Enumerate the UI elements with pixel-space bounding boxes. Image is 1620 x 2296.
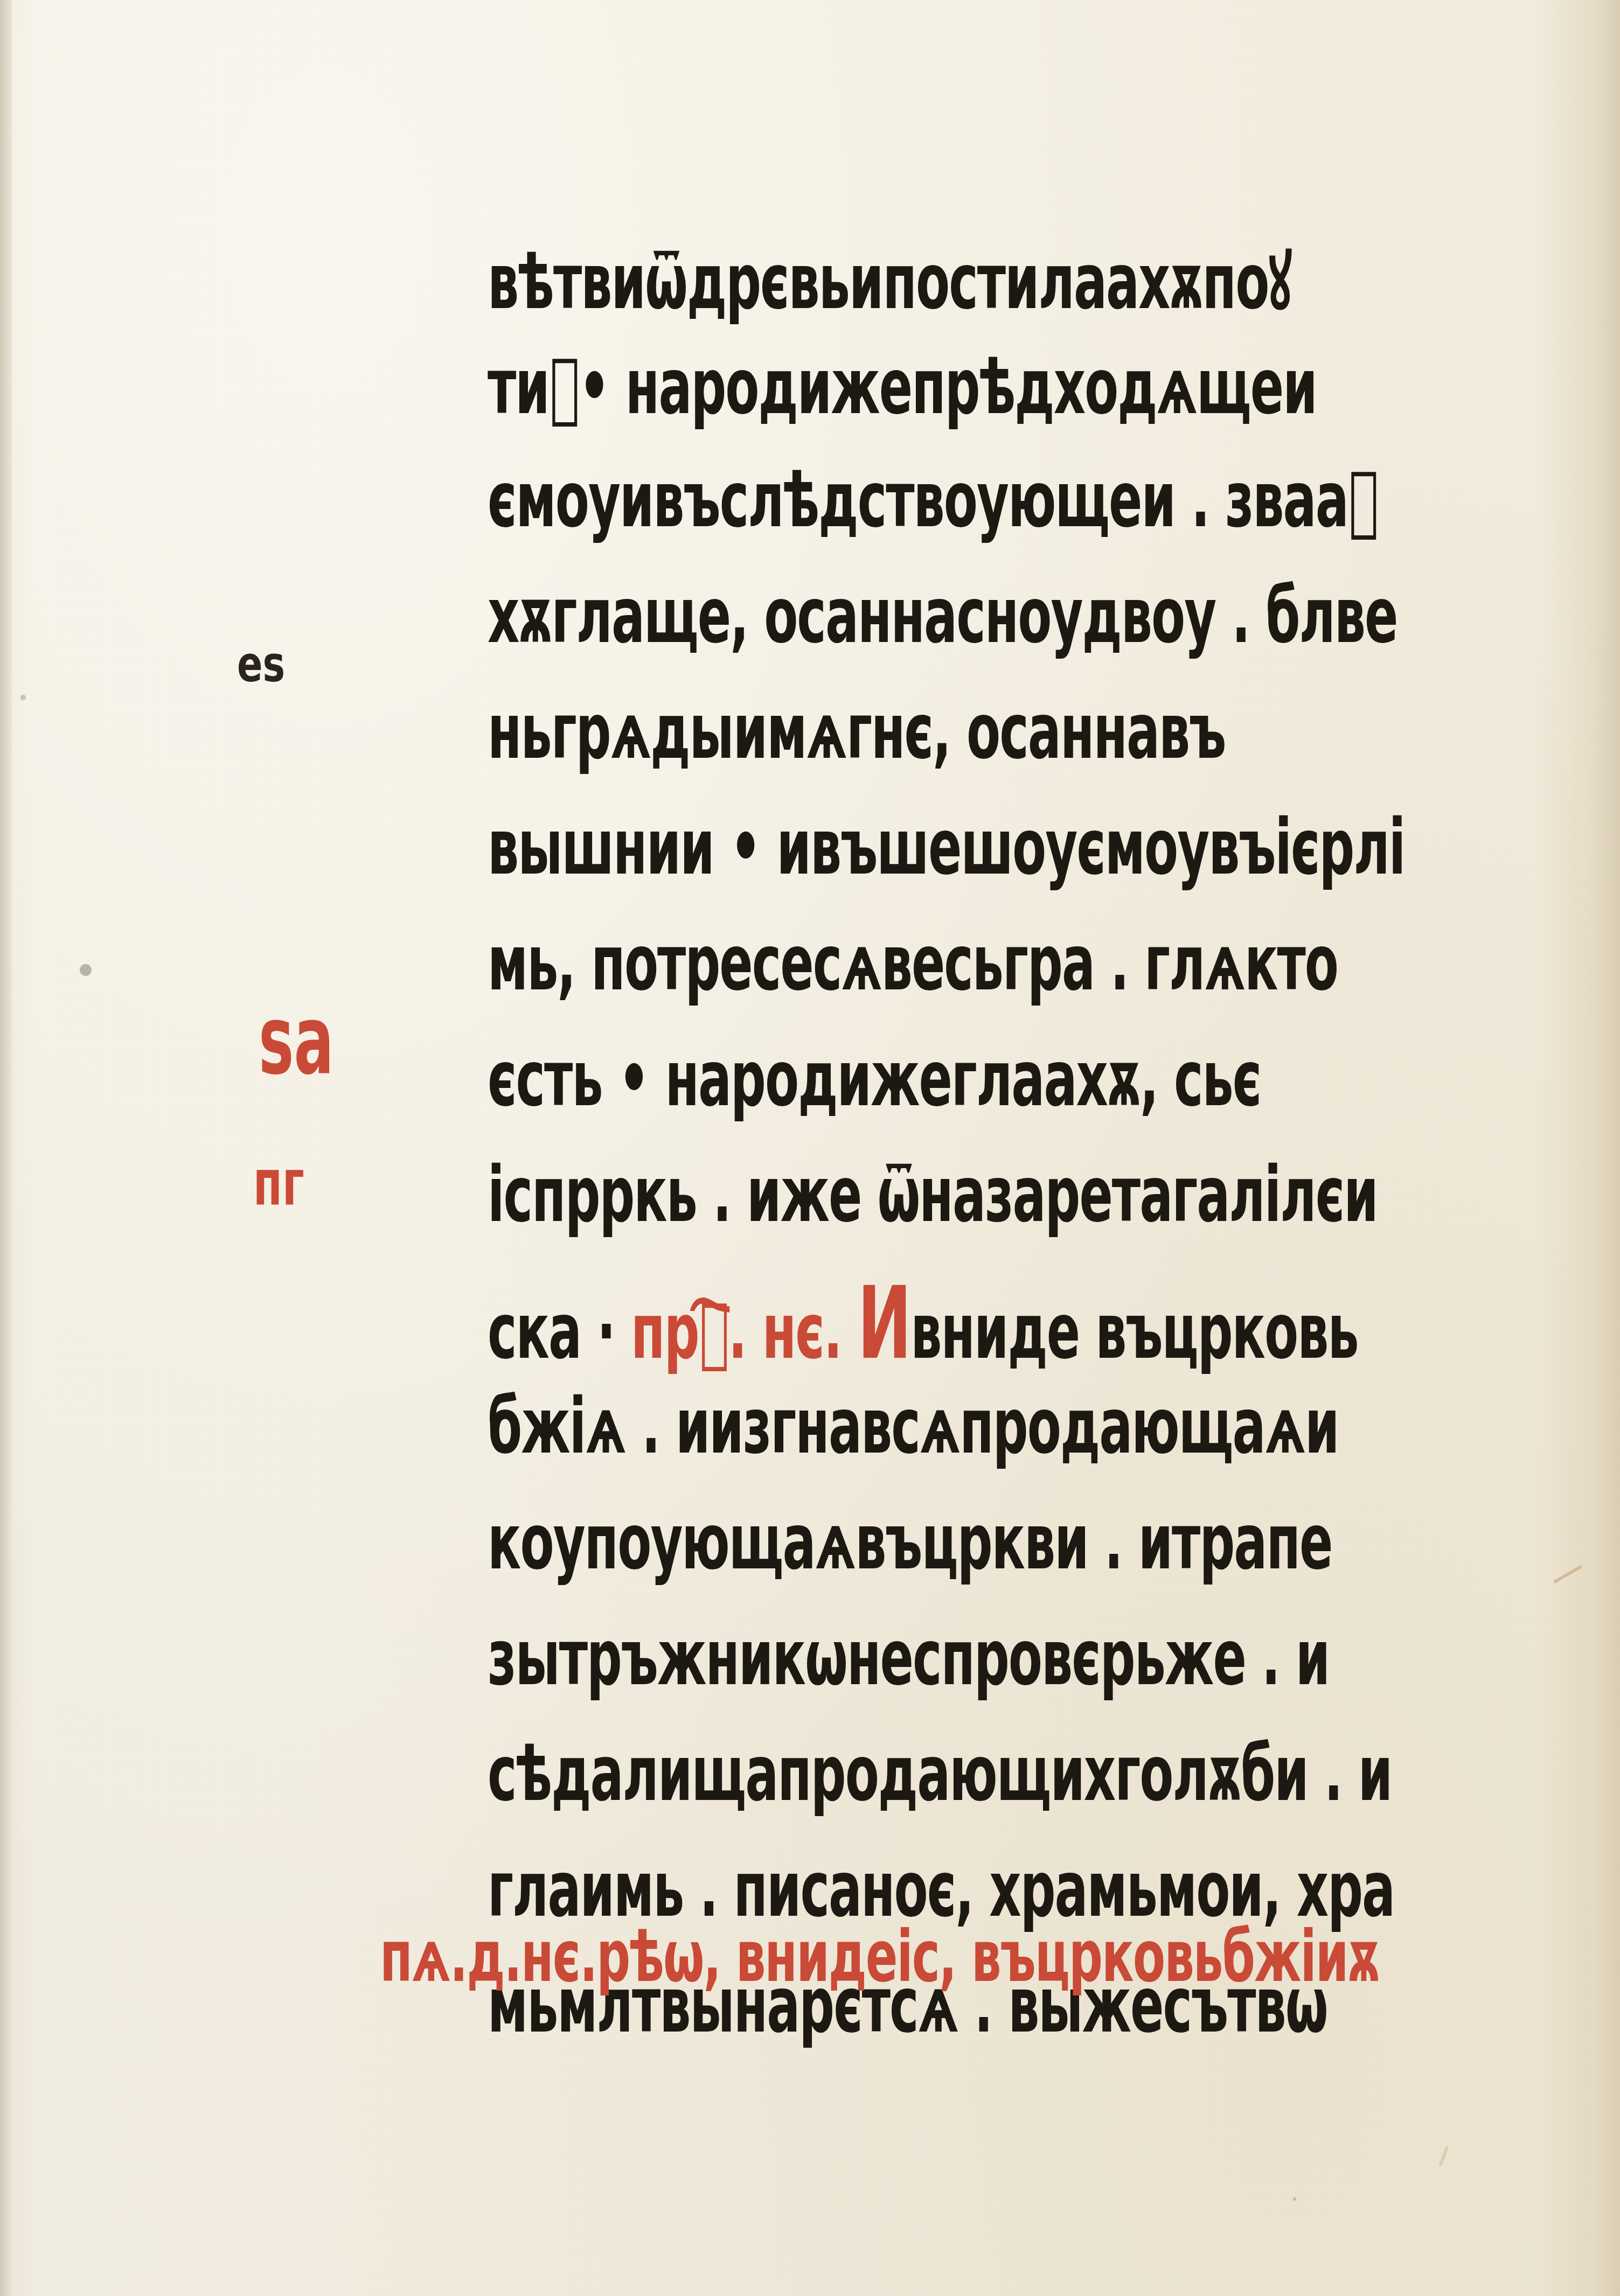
text-line-14: сѣдалищапродающихголѫби . и xyxy=(488,1729,1392,1818)
text-line-11: бжіѧ . иизгнавсѧпродающаѧи xyxy=(488,1381,1339,1471)
paper-fiber xyxy=(1553,1565,1583,1583)
paper-speck xyxy=(1293,2197,1296,2201)
paper-speck xyxy=(80,964,92,976)
margin-section-number: ѕа xyxy=(259,986,334,1096)
text-line-13: зытръжникѡнеспровєрьже . и xyxy=(488,1613,1329,1702)
text-line-2: тиⷶ• народижепрѣдходѧщеи xyxy=(488,342,1317,431)
paper-speck xyxy=(20,695,26,700)
text-line-7: мь, потресесѧвесьгра . глѧкто xyxy=(488,918,1338,1008)
reading-marker-rubric: прⷭ҇. нє. xyxy=(631,1287,842,1376)
folio-mark: еѕ xyxy=(237,636,285,693)
red-rubric-line: пѧ.д.нє.рѣѡ, внидеіс, въцрковьбжіиѫ xyxy=(380,1915,1379,1998)
text-line-10-end: вниде въцрковь xyxy=(910,1287,1358,1376)
text-line-12: коупоующаѧвъцркви . итрапе xyxy=(488,1497,1332,1587)
text-line-3: ємоуивъслѣдствоующеи . звааⷶ xyxy=(488,455,1378,545)
text-line-10-start: ска · xyxy=(488,1287,615,1376)
text-line-9: іспрркь . иже ѿназаретагалілєи xyxy=(488,1150,1378,1239)
page-left-edge xyxy=(0,0,12,2296)
text-line-8: єсть • народижеглаахѫ, сьє xyxy=(488,1034,1261,1123)
margin-section-number-lower: пг xyxy=(253,1147,304,1220)
red-initial-letter: И xyxy=(858,1266,910,1381)
text-line-1: вѣтвиѿдрєвьипостилаахѫпоꙋ xyxy=(488,226,1291,331)
text-line-6: вышнии • ивъшешоуємоувъієрлі xyxy=(488,802,1405,892)
text-line-5: ньгрѧдыимѧгнє, осаннавъ xyxy=(488,687,1225,776)
paper-fiber xyxy=(1438,2145,1449,2167)
text-line-10: ска · прⷭ҇. нє. Ивниде въцрковь xyxy=(488,1266,1358,1381)
manuscript-page: еѕ ѕа пг вѣтвиѿдрєвьипостилаахѫпоꙋ тиⷶ• … xyxy=(0,0,1620,2296)
text-line-4: хѫглаще, осаннасноудвоу . блве xyxy=(488,571,1397,660)
